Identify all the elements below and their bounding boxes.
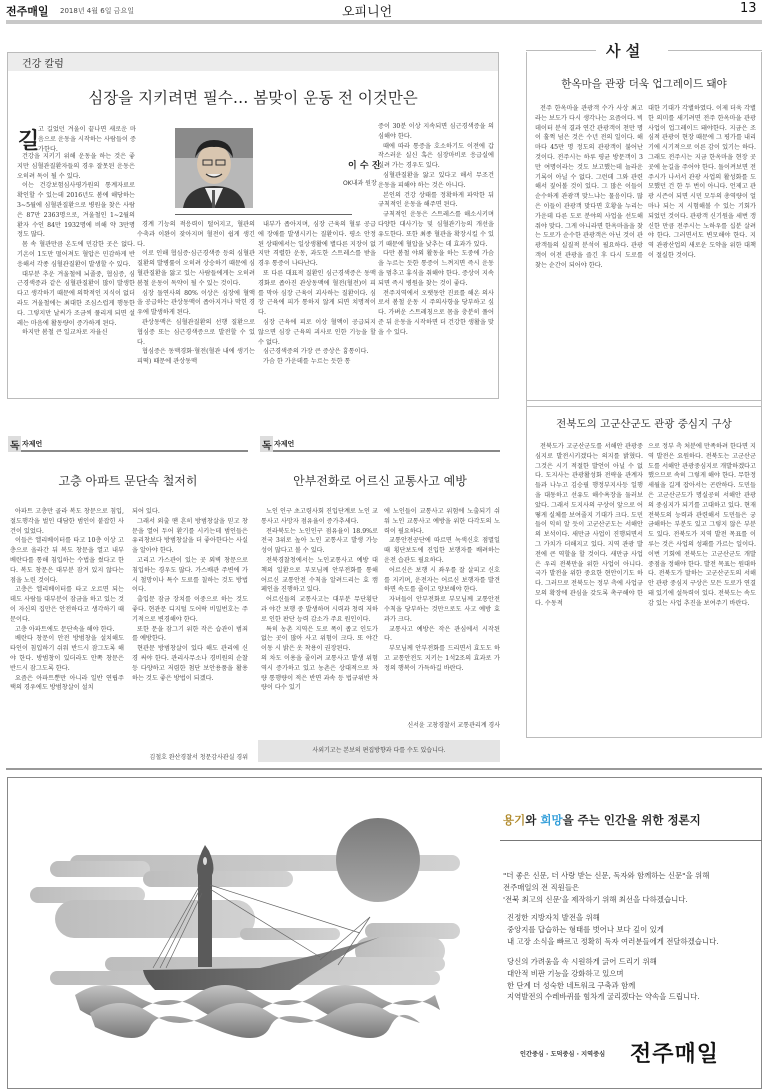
health-col-1: 고 길었던 겨울이 끝나면 새로운 마음으로 운동을 시작하는 사람들이 증가한…: [38, 125, 136, 153]
issue-date: 2018년 4월 6일 금요일: [60, 6, 134, 16]
editorial-label: 사 설: [598, 40, 648, 61]
health-col-4: 증이 30분 이상 지속되면 심근경색증을 의심해야 한다. 때에 따라 통증을…: [378, 122, 494, 398]
pledge-paragraph-2: 진정한 지방자치 발전을 위해 중앙지를 답습하는 형태를 벗어나 보다 깊이 …: [507, 912, 719, 947]
reader-2-col-1: 노인 인구 초고령사회 진입단계로 노인 교통사고 사망자 점유율이 증가추세다…: [261, 507, 378, 729]
newspaper-brand: 전주매일: [6, 3, 49, 19]
editorial-1-col-2: 대한 기대가 각별하였다. 이제 더욱 각별한 의미를 새기려면 전주 한옥마을…: [648, 104, 756, 392]
health-column-label: 건강 칼럼: [22, 55, 64, 70]
editorial-2-col-1: 전북도가 고군산군도를 서해안 관광중심지로 발전시키겠다는 의지를 밝혔다. …: [535, 442, 643, 730]
author-title: OK내과 원장: [343, 178, 377, 187]
footer-logo: 전주매일: [630, 1037, 719, 1068]
author-photo: [175, 128, 253, 208]
dropcap: 길: [18, 124, 39, 155]
editorial-1-col-1: 전주 한옥마을 관광객 수가 사상 최고라는 보도가 다시 생각나는 요즘이다.…: [535, 104, 643, 392]
reader-proposal-header-1: 독 자제언: [8, 436, 248, 452]
ship-illustration: [20, 805, 470, 1055]
reader-2-byline: 신서윤 고창경찰서 교통관리계 경사: [384, 720, 500, 729]
header-label: 자제언: [22, 439, 42, 449]
ad-slogan: 용기와 희망을 주는 인간을 위한 정론지: [503, 812, 701, 828]
editorial-title-1: 한옥마을 관광 더욱 업그레이드 돼야: [526, 76, 762, 91]
author-name: 이 수 진: [348, 158, 380, 171]
editorial-header-rule-left: [526, 50, 596, 51]
disclaimer-note: 사외기고는 본보의 편집방향과 다를 수도 있습니다.: [258, 740, 500, 762]
pledge-paragraph-3: 당신의 가려움을 속 시원하게 긁어 드리기 위해 대안적 비판 기능을 강화하…: [507, 956, 700, 1003]
header-label: 자제언: [274, 439, 294, 449]
reader-2-col-2: 에 노인들이 교통사고 위험에 노출되기 쉬워 노인 교통사고 예방을 위한 다…: [384, 507, 500, 715]
reader-1-col-2: 되어 있다. 그래서 외출 땐 흔히 방범창살을 믿고 창문을 열어 두어 환기…: [132, 507, 248, 747]
editorial-2-col-2: 으로 정부 측 처분에 만족하려 한다면 지역 발전은 요원하다. 전북도는 고…: [648, 442, 756, 730]
reader-proposal-title-2: 안부전화로 어르신 교통사고 예방: [260, 472, 500, 489]
slogan-rule: [500, 840, 762, 841]
health-col-2: 경계 기능의 적응력이 떨어지고, 혈관의 수축과 이완이 잦아지며 혈전이 쉽…: [137, 220, 255, 398]
health-col-3: 내부가 좁아지며, 심장 근육의 혈류 공급에 장애를 발생시키는 질환이다. …: [258, 220, 376, 398]
health-column-title: 심장을 지키려면 필수… 봄맞이 운동 전 이것만은: [8, 86, 498, 108]
footer-motto: 인간중심 · 도덕중심 · 지역중심: [520, 1049, 605, 1058]
header-rule: [6, 20, 762, 24]
editorial-header-rule-right: [668, 50, 762, 51]
health-col-1b: 건강을 지키기 위해 운동을 하는 것은 좋지만 심혈관질환자들의 경우 잘못된…: [17, 152, 135, 398]
section-title: 오피니언: [342, 1, 392, 20]
editorial-title-2: 전북도의 고군산군도 관광 중심지 구상: [526, 416, 762, 431]
header-cap-letter: 독: [262, 437, 272, 452]
page-number: 13: [740, 1, 757, 16]
slogan-hope: 희망: [540, 813, 562, 827]
reader-1-byline: 김철호 완산경찰서 청문감사관실 경위: [132, 752, 248, 761]
author-rule: [175, 214, 352, 215]
bottom-rule: [6, 768, 762, 770]
slogan-courage: 용기: [503, 813, 525, 827]
reader-proposal-title-1: 고층 아파트 문단속 철저히: [8, 472, 248, 489]
health-column-header: 건강 칼럼: [8, 53, 498, 71]
reader-proposal-header-2: 독 자제언: [260, 436, 500, 452]
reader-1-col-1: 아파트 고층만 골라 복도 창문으로 침입, 절도행각을 벌인 대담한 범인이 …: [10, 507, 124, 763]
pledge-paragraph-1: "더 좋은 신문, 더 사랑 받는 신문, 독자와 함께하는 신문"을 위해 전…: [503, 870, 709, 905]
header-cap-letter: 독: [10, 437, 20, 452]
